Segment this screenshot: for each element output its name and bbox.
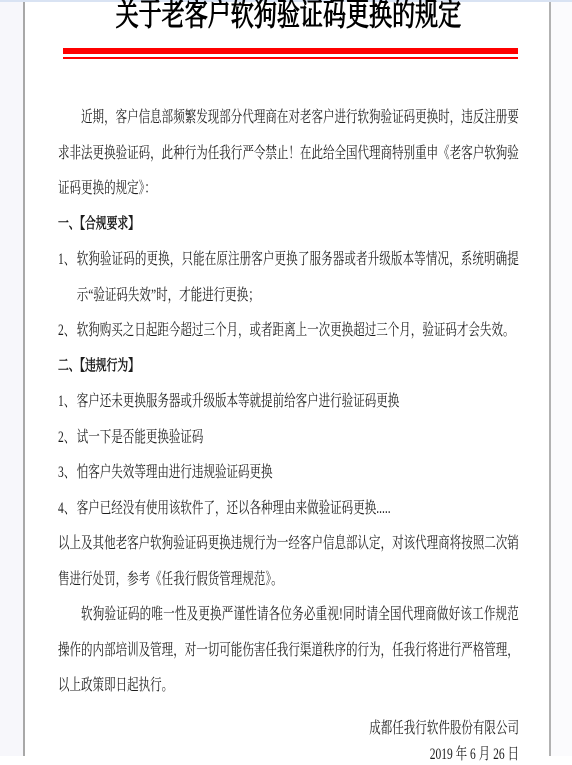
- list-item: 4、 客户已经没有使用该软件了，还以各种理由来做验证码更换.....: [58, 491, 519, 527]
- item-text: 软狗购买之日起距今超过三个月，或者距离上一次更换超过三个月，验证码才会失效。: [77, 322, 515, 339]
- page-left-edge-line: [23, 2, 25, 756]
- closing-paragraph: 软狗验证码的唯一性及更换严谨性请各位务必重视!同时请全国代理商做好该工作规范操作…: [58, 597, 519, 704]
- page-right-gutter: [551, 2, 572, 756]
- intro-paragraph: 近期，客户信息部频繁发现部分代理商在对老客户进行软狗验证码更换时，违反注册要求非…: [58, 100, 519, 207]
- item-text: 客户已经没有使用该软件了，还以各种理由来做验证码更换.....: [77, 500, 391, 517]
- company-signature: 成都任我行软件股份有限公司: [58, 716, 519, 742]
- page-left-gutter: [0, 2, 23, 756]
- item-number: 1、: [58, 384, 75, 420]
- item-number: 2、: [58, 313, 75, 349]
- item-number: 4、: [58, 491, 75, 527]
- list-item: 2、 试一下是否能更换验证码: [58, 420, 519, 456]
- item-number: 1、: [58, 242, 75, 278]
- list-item: 2、 软狗购买之日起距今超过三个月，或者距离上一次更换超过三个月，验证码才会失效…: [58, 313, 519, 349]
- list-item: 3、 怕客户失效等理由进行违规验证码更换: [58, 455, 519, 491]
- item-text: 软狗验证码的更换，只能在原注册客户更换了服务器或者升级版本等情况，系统明确提示“…: [77, 251, 519, 304]
- item-number: 3、: [58, 455, 75, 491]
- item-text: 怕客户失效等理由进行违规验证码更换: [77, 464, 273, 481]
- item-number: 2、: [58, 420, 75, 456]
- section-heading-violations: 二、【违规行为】: [58, 349, 519, 385]
- section-heading-compliance: 一、【合规要求】: [58, 207, 519, 243]
- item-text: 试一下是否能更换验证码: [77, 429, 204, 446]
- document-body: 近期，客户信息部频繁发现部分代理商在对老客户进行软狗验证码更换时，违反注册要求非…: [58, 0, 519, 704]
- signature-block: 成都任我行软件股份有限公司 2019 年 6 月 26 日: [58, 716, 519, 765]
- document-page: 关于老客户软狗验证码更换的规定 近期，客户信息部频繁发现部分代理商在对老客户进行…: [58, 0, 519, 765]
- item-text: 客户还未更换服务器或升级版本等就提前给客户进行验证码更换: [77, 393, 400, 410]
- list-item: 1、 软狗验证码的更换，只能在原注册客户更换了服务器或者升级版本等情况，系统明确…: [58, 242, 519, 313]
- list-item: 1、 客户还未更换服务器或升级版本等就提前给客户进行验证码更换: [58, 384, 519, 420]
- penalty-paragraph: 以上及其他老客户软狗验证码更换违规行为一经客户信息部认定，对该代理商将按照二次销…: [58, 526, 519, 597]
- document-title: 关于老客户软狗验证码更换的规定: [58, 0, 519, 32]
- document-date: 2019 年 6 月 26 日: [58, 742, 519, 765]
